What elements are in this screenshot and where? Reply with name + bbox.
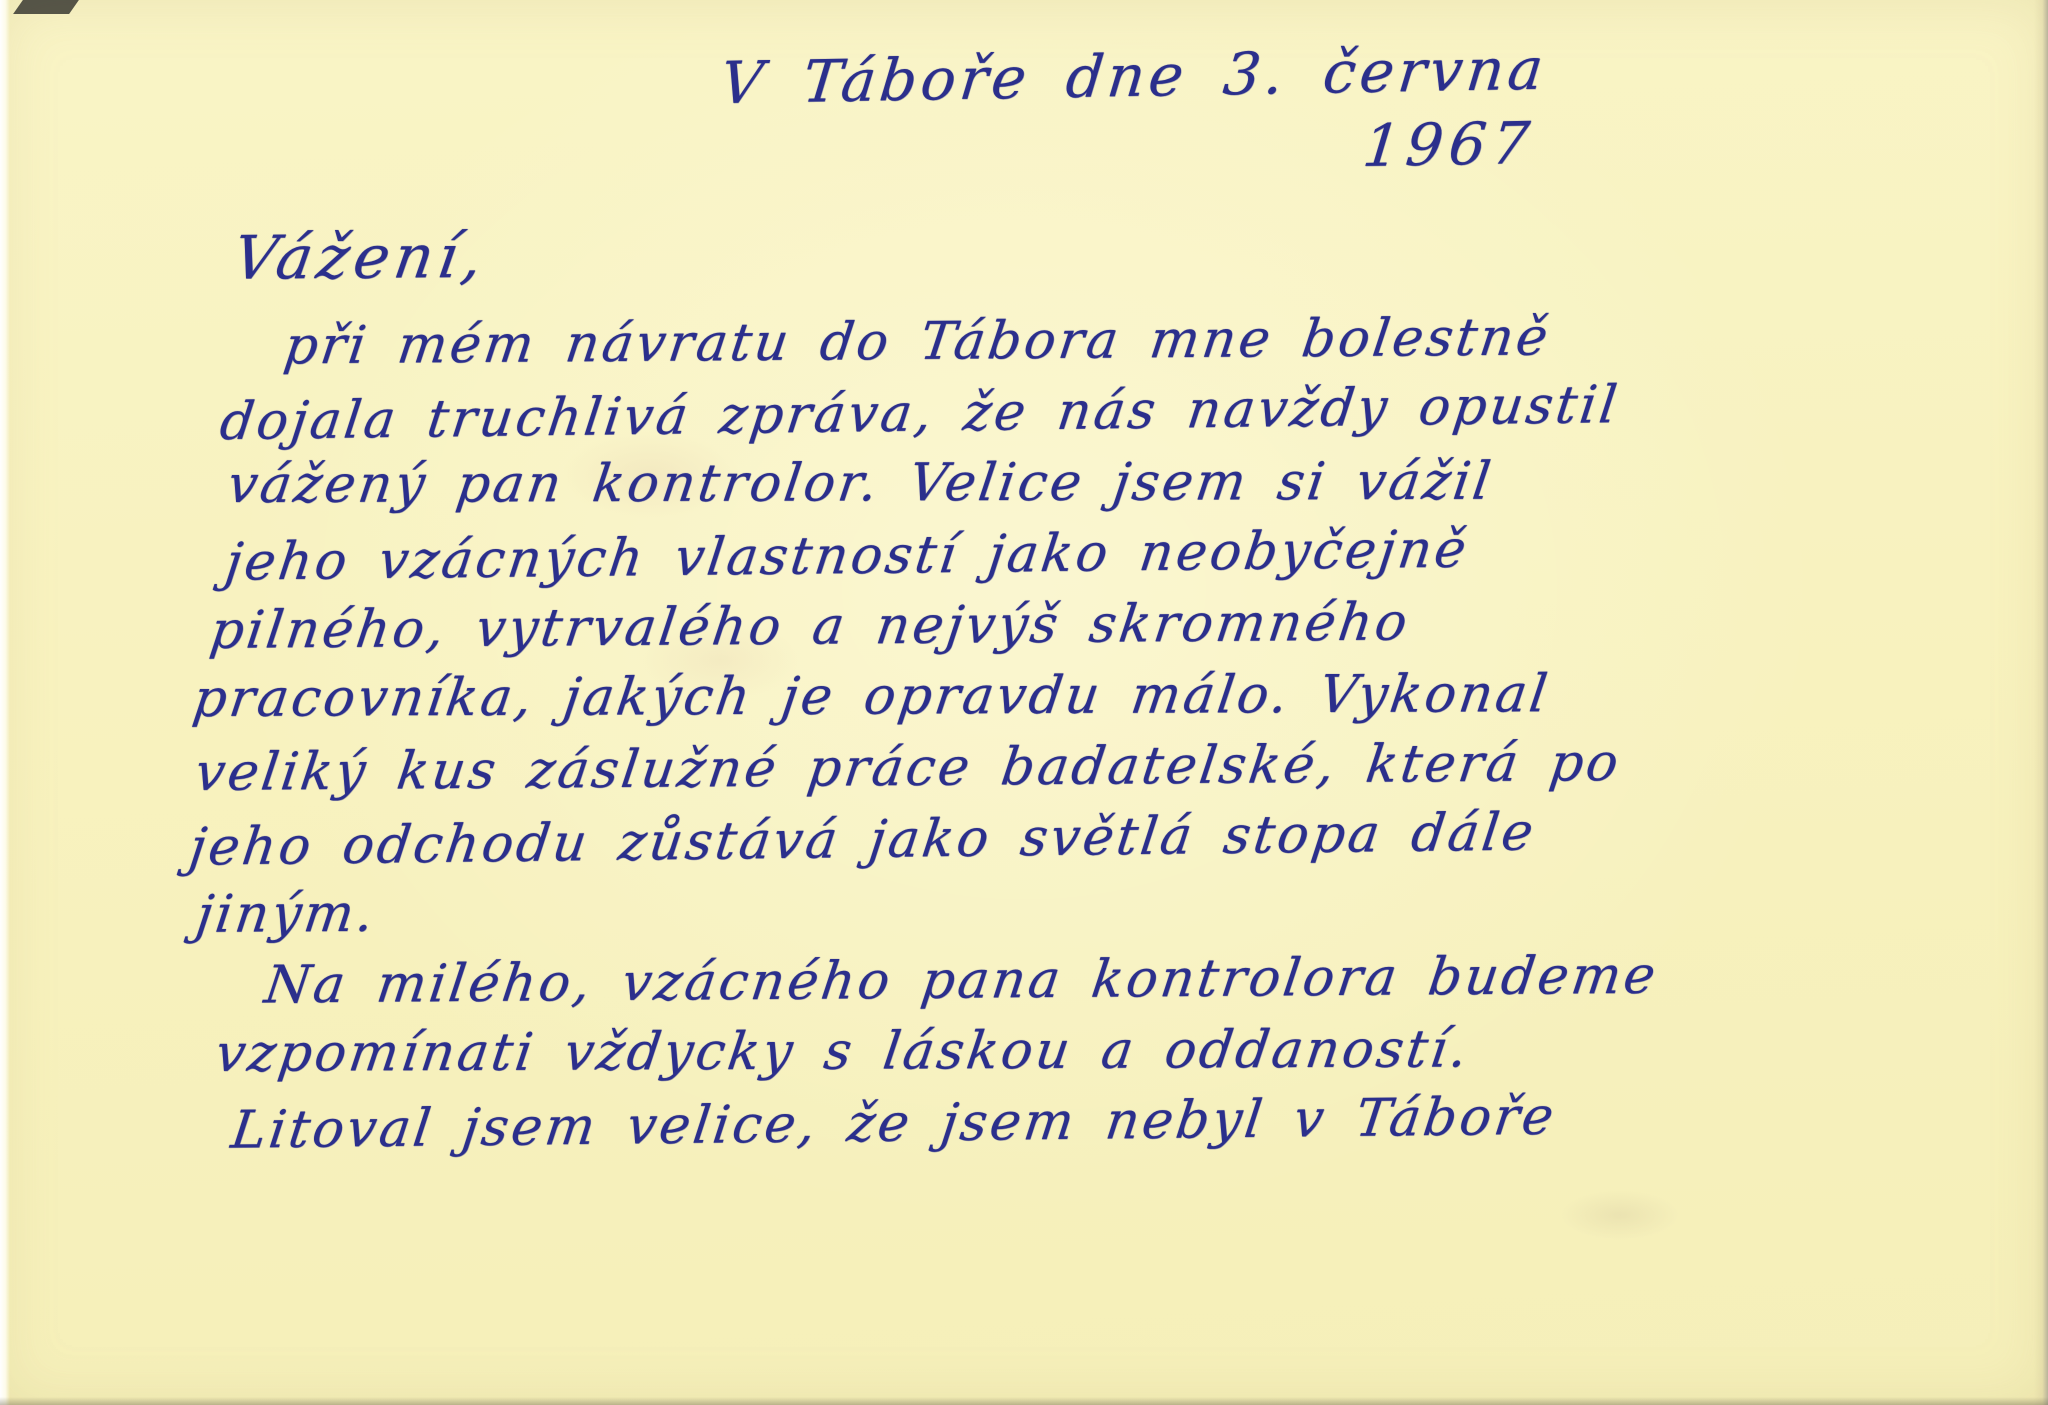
letter-line: pracovníka, jakých je opravdu málo. Vyko… <box>189 658 1910 735</box>
scan-edge-left <box>0 0 10 1405</box>
letter-line: Na milého, vzácného pana kontrolora bude… <box>260 939 1911 1022</box>
scan-edge-right <box>2034 0 2048 1405</box>
paragraph-1: při mém návratu do Tábora mne bolestně d… <box>182 300 1906 951</box>
scan-corner-mark <box>13 0 79 14</box>
letter-line: jiným. <box>192 868 1911 951</box>
dateline-block: V Táboře dne 3. června 1967 <box>710 35 1551 192</box>
letter-line: vážený pan kontrolor. Velice jsem si váž… <box>223 446 1908 521</box>
letter-paper: V Táboře dne 3. června 1967 Vážení, při … <box>0 0 2048 1405</box>
salutation: Vážení, <box>229 212 1908 294</box>
ink-smudge <box>1560 1190 1680 1240</box>
paragraph-2: Na milého, vzácného pana kontrolora bude… <box>187 939 1908 1164</box>
dateline: V Táboře dne 3. června <box>718 35 1551 118</box>
letter-line: vzpomínati vždycky s láskou a oddaností. <box>211 1013 1912 1090</box>
letter-line: pilného, vytrvalého a nejvýš skromného <box>206 584 1909 667</box>
letter-line: Litoval jsem velice, že jsem nebyl v Táb… <box>227 1078 1913 1167</box>
letter-body: Vážení, při mém návratu do Tábora mne bo… <box>182 212 1909 1164</box>
scan-edge-bottom <box>0 1397 2048 1405</box>
dateline-year: 1967 <box>710 109 1539 191</box>
